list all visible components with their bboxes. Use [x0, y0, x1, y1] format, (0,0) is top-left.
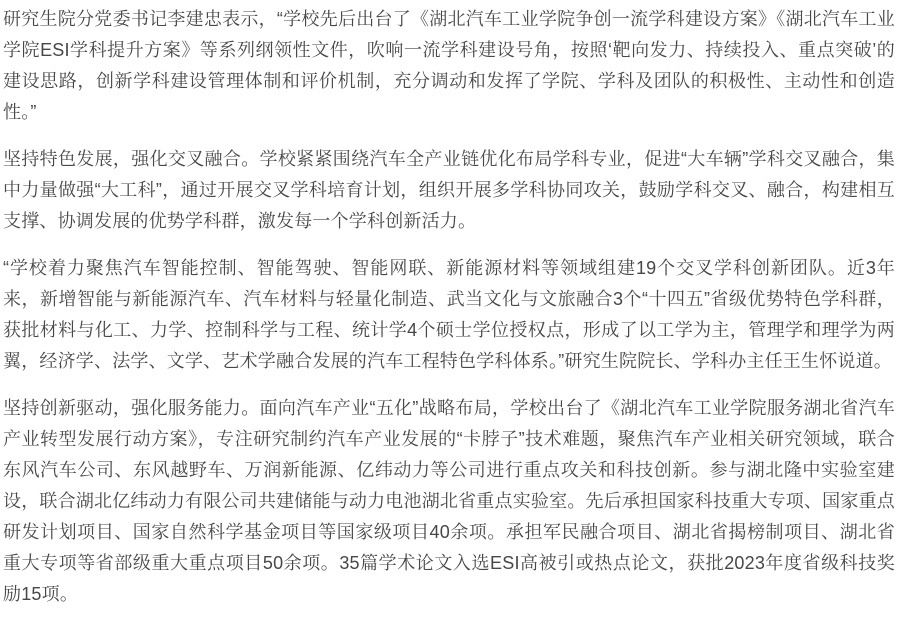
paragraph-quote-wang-shenghuai: “学校着力聚焦汽车智能控制、智能驾驶、智能网联、新能源材料等领域组建19个交叉学…: [3, 253, 895, 377]
paragraph-innovation-drive: 坚持创新驱动，强化服务能力。面向汽车产业“五化”战略布局，学校出台了《湖北汽车工…: [3, 393, 895, 610]
paragraph-feature-development: 坚持特色发展，强化交叉融合。学校紧紧围绕汽车全产业链优化布局学科专业，促进“大车…: [3, 144, 895, 237]
article-body: 研究生院分党委书记李建忠表示，“学校先后出台了《湖北汽车工业学院争创一流学科建设…: [0, 0, 900, 610]
paragraph-quote-li-jianzhong: 研究生院分党委书记李建忠表示，“学校先后出台了《湖北汽车工业学院争创一流学科建设…: [3, 4, 895, 128]
